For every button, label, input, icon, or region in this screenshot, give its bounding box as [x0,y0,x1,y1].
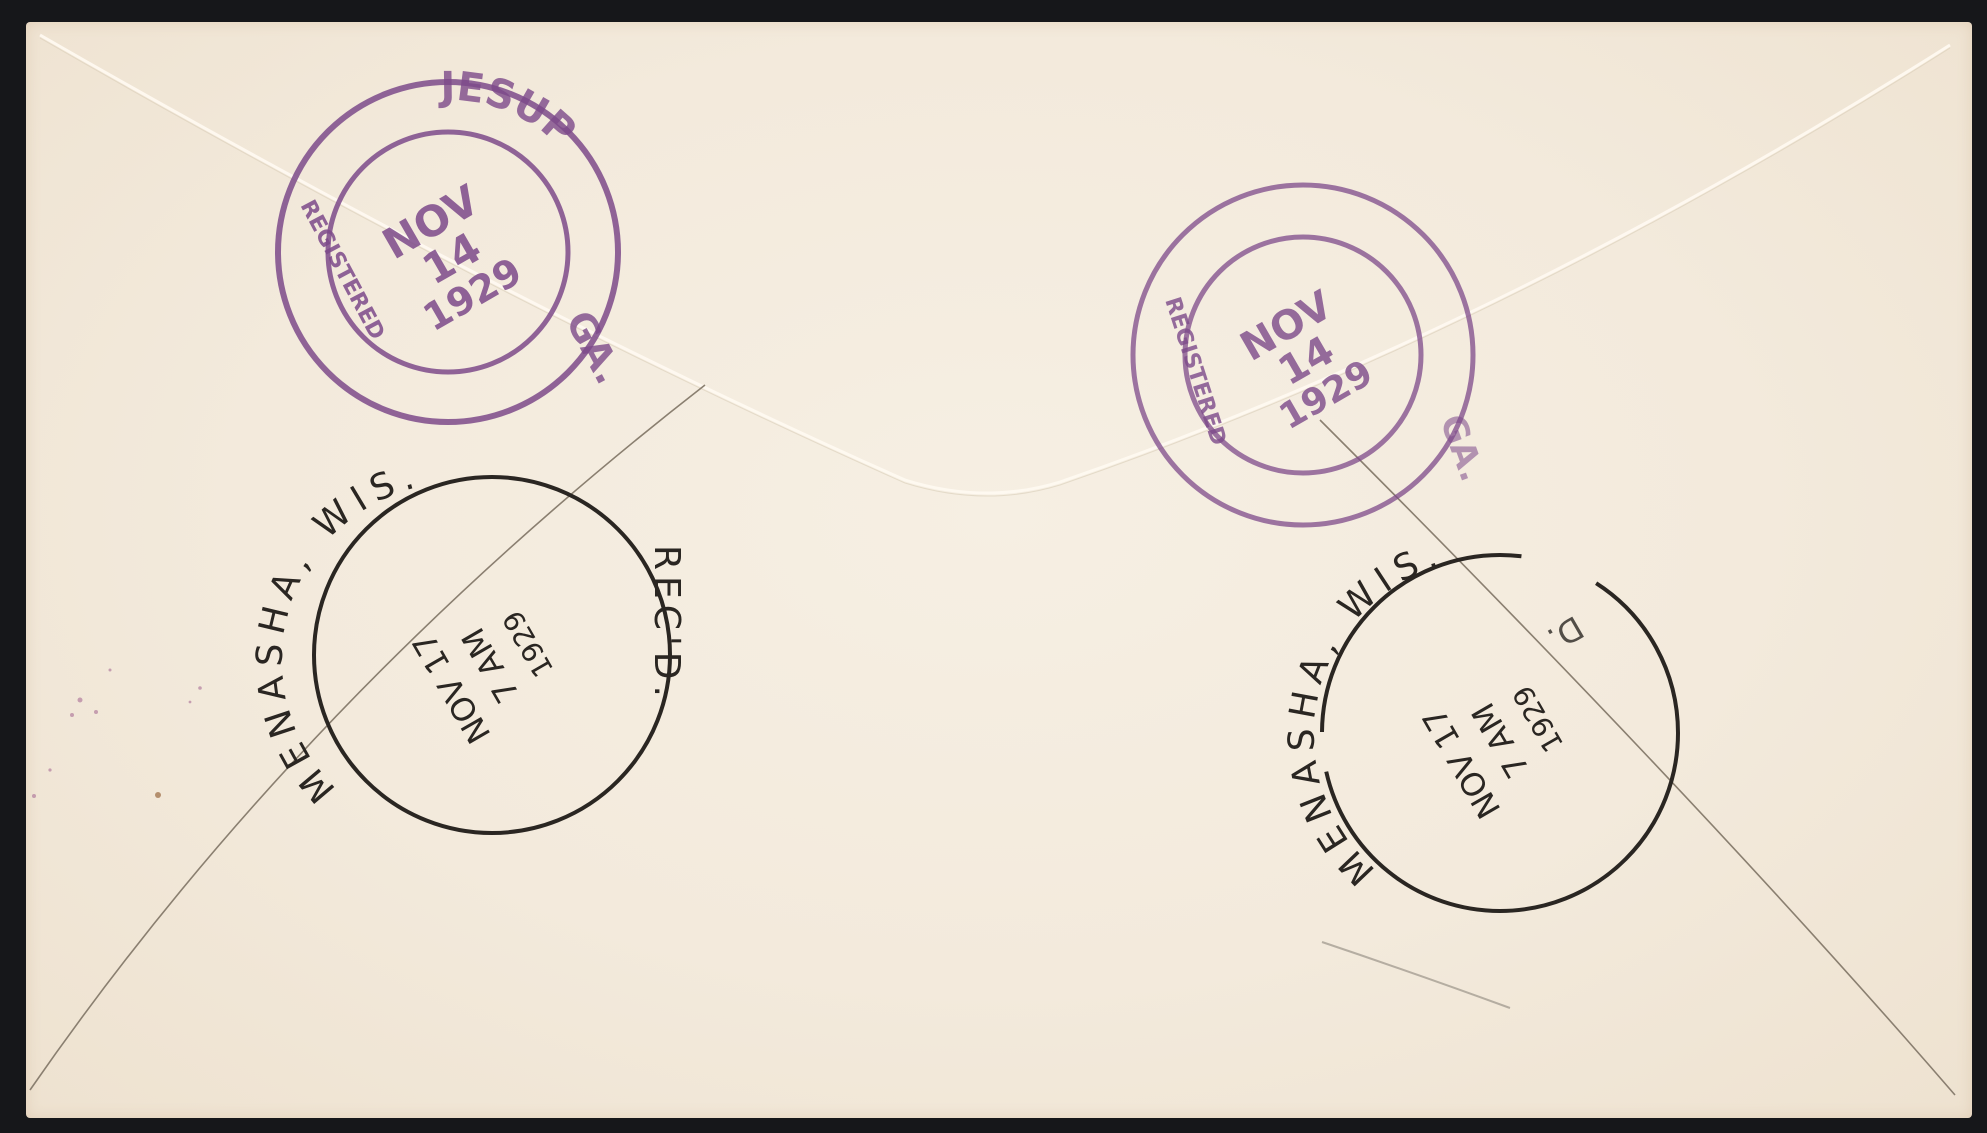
postmark-jesup-registered-1: JESUP GA. REGISTERED NOV 14 1929 [278,64,631,422]
postmark-band-text: REGISTERED [295,196,390,344]
svg-text:MENASHA, WIS.: MENASHA, WIS. [249,454,426,810]
pencil-mark [1322,942,1510,1008]
foxing-spot [155,792,161,798]
postmark-band-text: REGISTERED [1159,294,1230,449]
postmark-town: MENASHA, WIS. [249,454,426,810]
svg-text:MENASHA, WIS.: MENASHA, WIS. [1282,533,1450,893]
postmark-menasha-recd-2: MENASHA, WIS. D. NOV 17 7 AM 1929 [1282,533,1678,911]
postmark-town: MENASHA, WIS. [1282,533,1450,893]
envelope-artwork: JESUP GA. REGISTERED NOV 14 1929 REGISTE… [0,0,1987,1133]
postmark-received: REC'D. [646,545,687,703]
svg-text:JESUP: JESUP [437,64,584,155]
postmark-jesup-registered-2: REGISTERED GA. NOV 14 1929 [1133,185,1492,525]
postmark-state: GA. [1432,409,1493,486]
postmark-menasha-recd-1: MENASHA, WIS. REC'D. NOV 17 7 AM 1929 [249,454,687,833]
envelope-photo: JESUP GA. REGISTERED NOV 14 1929 REGISTE… [0,0,1987,1133]
ink-speckles [32,669,202,799]
postmark-town: JESUP [437,64,584,155]
postmark-received-fragment: D. [1541,608,1590,658]
